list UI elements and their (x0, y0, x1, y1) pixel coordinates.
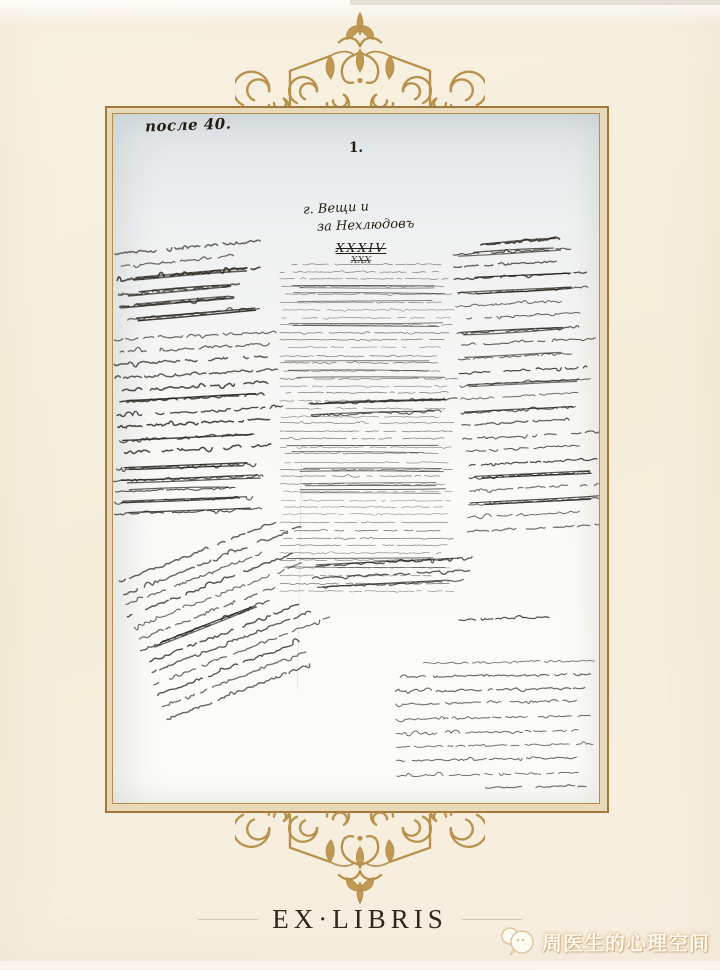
left-annotation-mid (113, 329, 284, 456)
bottom-light-band (0, 961, 720, 970)
right-bottom-paragraph (395, 659, 596, 790)
exlibris-rule-left (198, 919, 258, 920)
exlibris-card: после 40. 1. г. Вещи и за Нехлюдовъ XXXI… (0, 0, 720, 970)
right-single-line (459, 615, 549, 622)
center-inserted-scrawl (309, 397, 458, 418)
flourish-svg (235, 812, 485, 906)
exlibris-title: EX·LIBRIS (272, 904, 448, 935)
watermark-text: 周医生的心理空间 (542, 927, 710, 956)
top-flourish-ornament (235, 10, 485, 108)
left-annotation-upper (115, 239, 266, 322)
left-diagonal-draft (114, 513, 348, 722)
right-annotation-column (453, 245, 600, 533)
left-struck-lines (113, 462, 267, 517)
chapter-number-scrawl (481, 236, 560, 246)
chapter-heading: XXXIV (318, 240, 404, 255)
manuscript-frame: после 40. 1. г. Вещи и за Нехлюдовъ XXXI… (105, 106, 609, 813)
chat-bubbles-icon (500, 926, 536, 956)
chapter-subheading: XXX (318, 255, 404, 266)
corner-note: после 40. (145, 114, 232, 135)
bottom-flourish-ornament (235, 812, 485, 906)
exlibris-rule-right (462, 919, 522, 920)
top-gray-strip (350, 0, 720, 5)
flourish-svg (235, 10, 485, 108)
watermark: 周医生的心理空间 (500, 922, 710, 960)
manuscript-page: после 40. 1. г. Вещи и за Нехлюдовъ XXXI… (112, 113, 600, 804)
main-text-column (280, 264, 458, 593)
page-number: 1. (113, 140, 599, 156)
center-bottom-scrawl (312, 556, 473, 590)
